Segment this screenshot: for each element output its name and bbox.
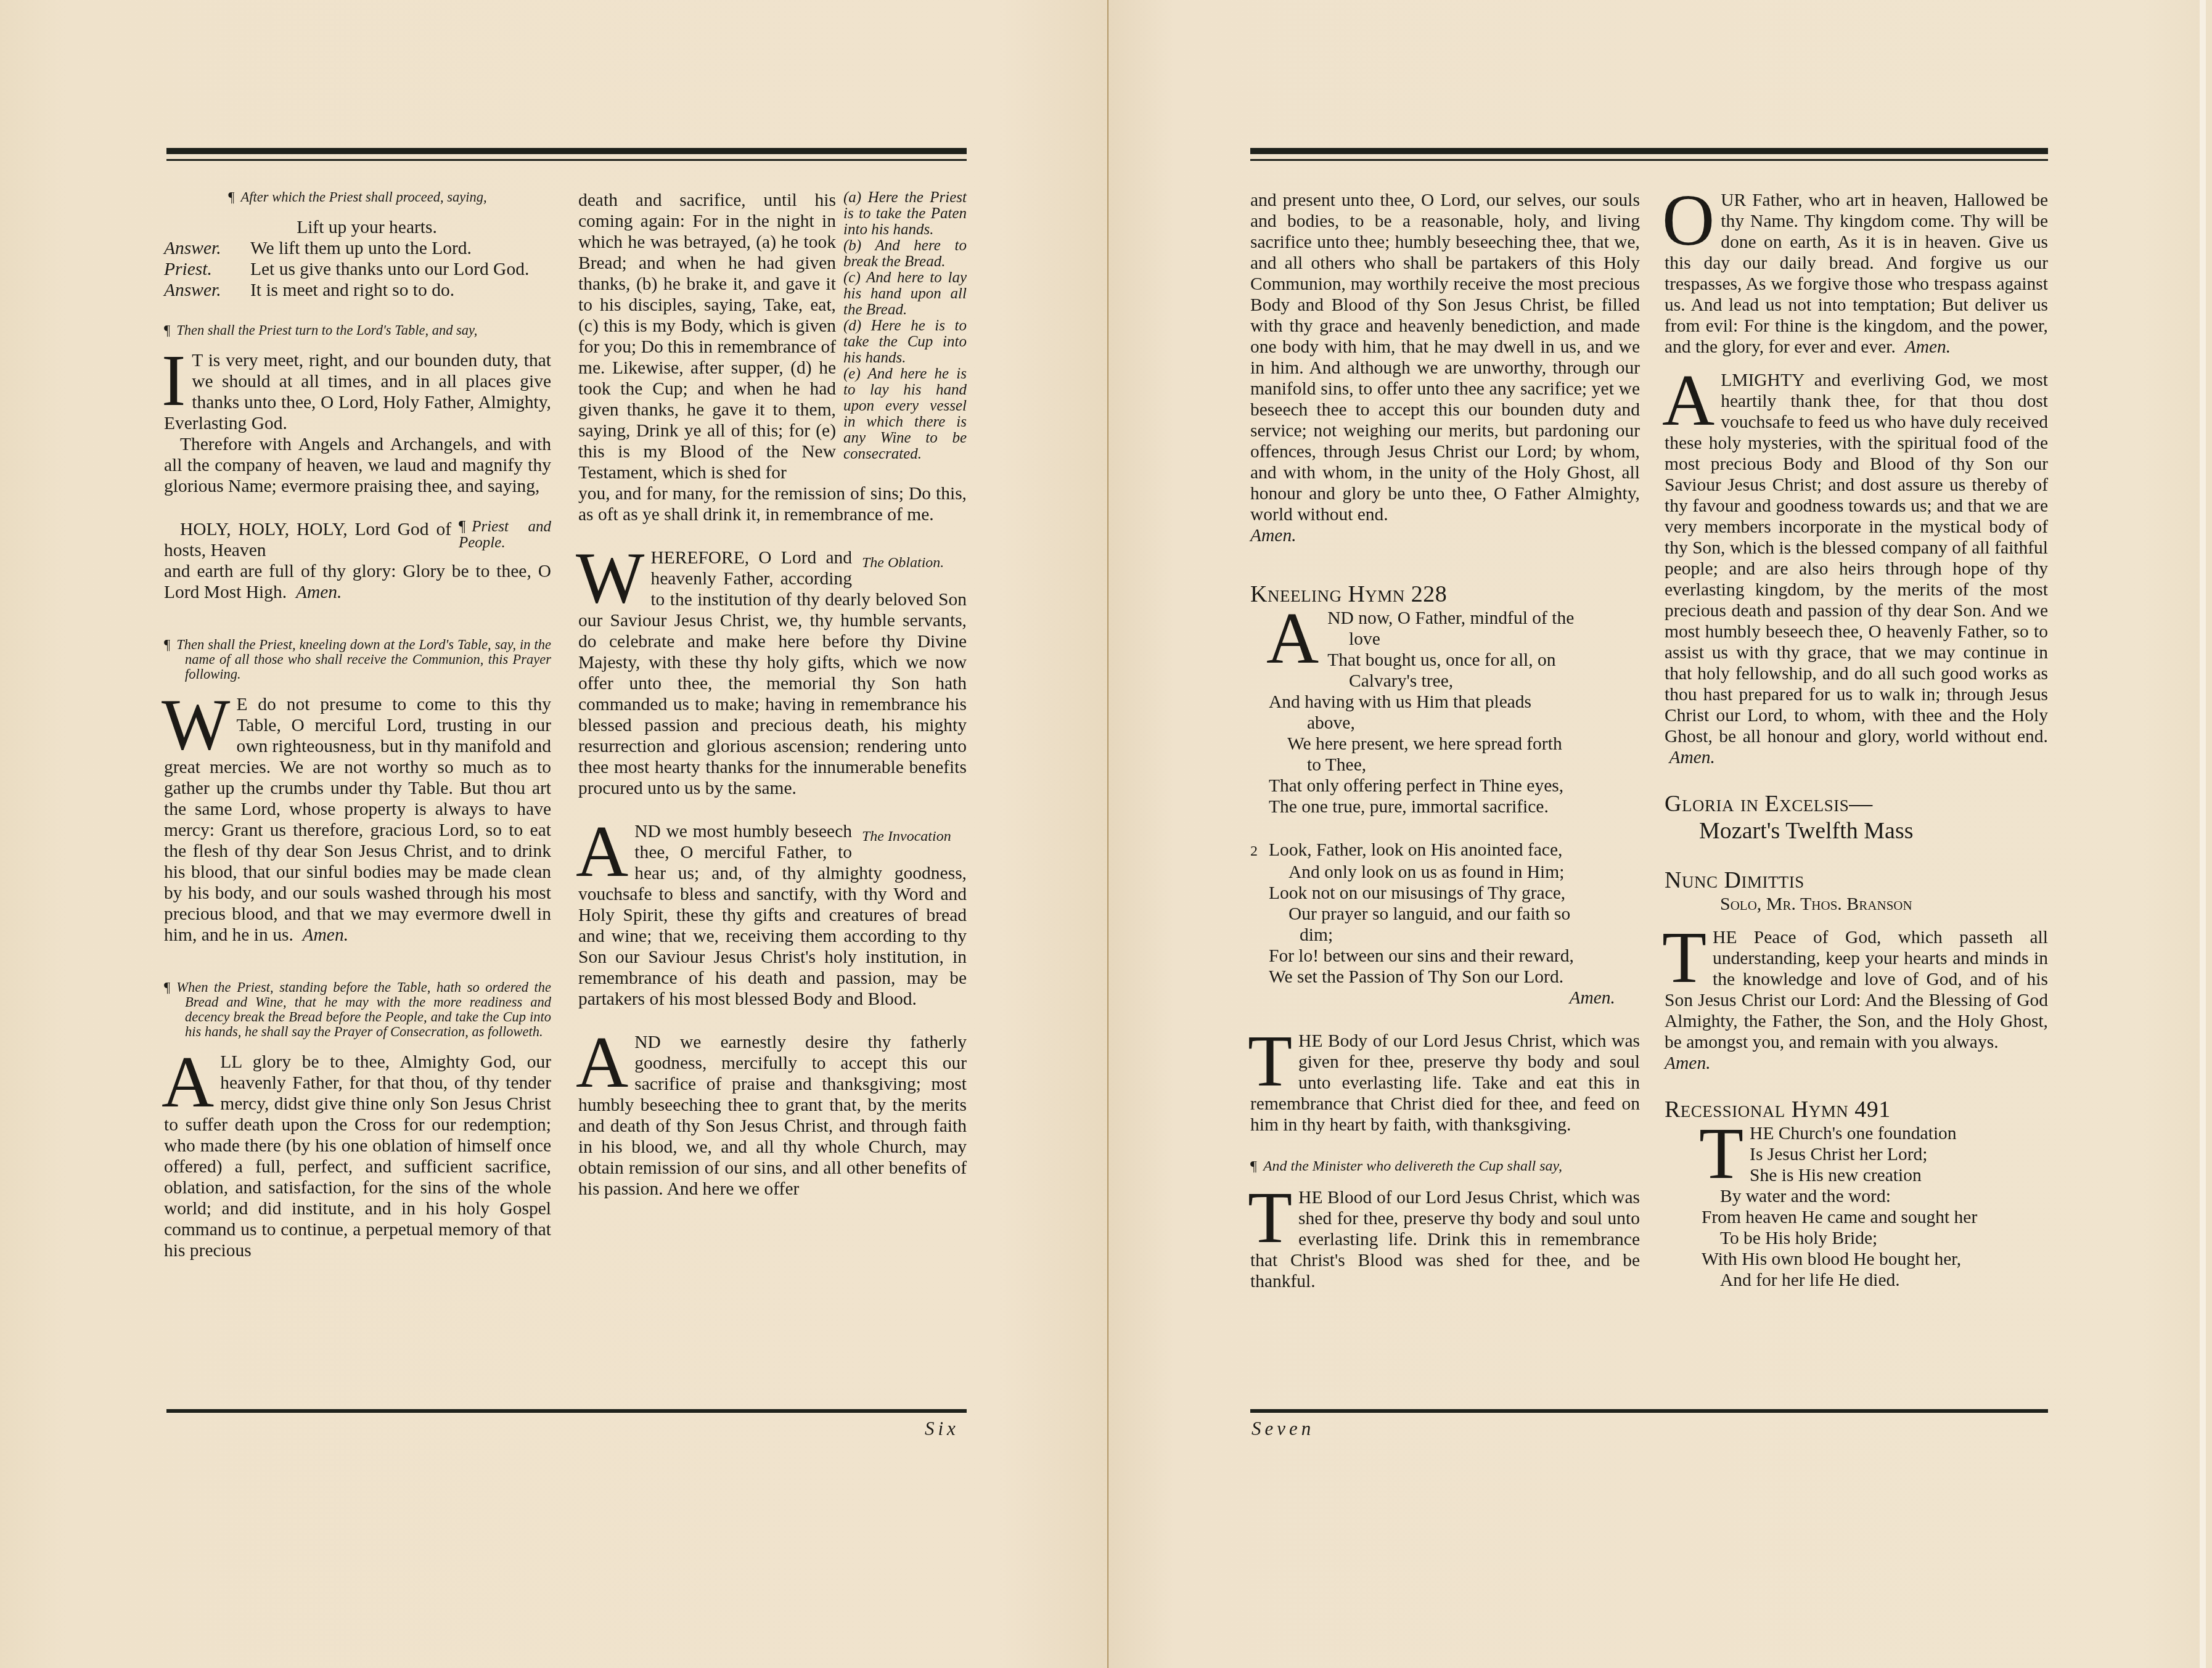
top-double-rule — [166, 148, 967, 160]
booklet-spread: ¶After which the Priest shall proceed, s… — [0, 0, 2212, 1668]
drop-cap: A — [1662, 372, 1714, 429]
section-heading: Gloria in Excelsis— — [1665, 790, 2048, 817]
drop-cap: A — [162, 1054, 214, 1111]
versicles: Answer.We lift them up unto the Lord. Pr… — [164, 238, 551, 301]
prayer-acceptance: AND we earnestly desire thy fatherly goo… — [578, 1032, 967, 1200]
page-number: Seven — [1251, 1418, 1314, 1440]
drop-cap: W — [162, 697, 230, 753]
margin-notes: (a) Here the Priest is to take the Paten… — [843, 190, 967, 483]
hymn-heading: Recessional Hymn 491 — [1665, 1096, 2048, 1123]
words-of-administration-bread: THE Body of our Lord Jesus Christ, which… — [1250, 1031, 1640, 1135]
drop-cap: I — [162, 353, 186, 409]
hymn-heading: Kneeling Hymn 228 — [1250, 581, 1640, 608]
blessing: THE Peace of God, which passeth all unde… — [1665, 927, 2048, 1074]
page-number: Six — [925, 1418, 959, 1440]
rubric: ¶Then shall the Priest, kneeling down at… — [164, 637, 551, 682]
rubric: ¶And the Minister who delivereth the Cup… — [1250, 1158, 1640, 1175]
section-label: The Invocation — [862, 826, 967, 847]
prayer-humble-access: WE do not presume to come to this thy Ta… — [164, 694, 551, 946]
section-subheading: Mozart's Twelfth Mass — [1665, 817, 2048, 844]
preface: IT is very meet, right, and our bounden … — [164, 350, 551, 434]
lords-prayer: OUR Father, who art in heaven, Hallowed … — [1665, 190, 2048, 358]
drop-cap: T — [1248, 1033, 1292, 1090]
pilcrow-icon: ¶ — [228, 189, 234, 205]
hymn-228-verse-2: 2Look, Father, look on His anointed face… — [1250, 840, 1640, 1008]
drop-cap: O — [1662, 192, 1714, 249]
institution-narrative: death and sacrifice, until his coming ag… — [578, 190, 967, 483]
oblation: WThe Oblation.HEREFORE, O Lord and heave… — [578, 547, 967, 799]
sanctus: HOLY, HOLY, HOLY, Lord God of hosts, Hea… — [164, 519, 551, 561]
words-of-administration-cup: THE Blood of our Lord Jesus Christ, whic… — [1250, 1187, 1640, 1292]
section-heading: Nunc Dimittis — [1665, 867, 2048, 894]
drop-cap: T — [1699, 1126, 1743, 1182]
left-column-2: death and sacrifice, until his coming ag… — [578, 190, 967, 1200]
preface-continued: Therefore with Angels and Archangels, an… — [164, 434, 551, 497]
prayer-consecration: ALL glory be to thee, Almighty God, our … — [164, 1052, 551, 1261]
rubric: ¶Then shall the Priest turn to the Lord'… — [164, 323, 551, 338]
drop-cap: A — [1266, 610, 1319, 667]
invocation: AThe InvocationND we most humbly beseech… — [578, 821, 967, 1010]
prayer-of-thanksgiving: ALMIGHTY and everliving God, we most hea… — [1665, 370, 2048, 768]
page-six: ¶After which the Priest shall proceed, s… — [0, 0, 1108, 1668]
drop-cap: A — [576, 824, 628, 880]
section-label: The Oblation. — [862, 552, 967, 573]
left-column-1: ¶After which the Priest shall proceed, s… — [164, 190, 551, 1261]
sanctus-continued: and earth are full of thy glory: Glory b… — [164, 561, 551, 603]
margin-note: ¶Priest and People. — [459, 519, 551, 561]
hymn-491-verse: T HE Church's one foundation Is Jesus Ch… — [1665, 1123, 2048, 1291]
bottom-rule — [1250, 1409, 2048, 1413]
rubric: ¶When the Priest, standing before the Ta… — [164, 980, 551, 1039]
oblation-continued: and present unto thee, O Lord, our selve… — [1250, 190, 1640, 546]
soloist-credit: Solo, Mr. Thos. Branson — [1665, 894, 2048, 915]
page-seven: and present unto thee, O Lord, our selve… — [1108, 0, 2206, 1668]
bottom-rule — [166, 1409, 967, 1413]
right-column-1: and present unto thee, O Lord, our selve… — [1250, 190, 1640, 1292]
right-column-2: OUR Father, who art in heaven, Hallowed … — [1665, 190, 2048, 1291]
institution-tail: you, and for many, for the remission of … — [578, 483, 967, 525]
top-double-rule — [1250, 148, 2048, 160]
drop-cap: A — [576, 1034, 628, 1091]
drop-cap: T — [1248, 1190, 1292, 1246]
drop-cap: T — [1662, 930, 1706, 986]
sursum-corda: Lift up your hearts. — [164, 217, 551, 238]
hymn-228-verse-1: A ND now, O Father, mindful of the love … — [1250, 608, 1640, 817]
rubric: ¶After which the Priest shall proceed, s… — [164, 190, 551, 205]
drop-cap: W — [576, 550, 644, 607]
